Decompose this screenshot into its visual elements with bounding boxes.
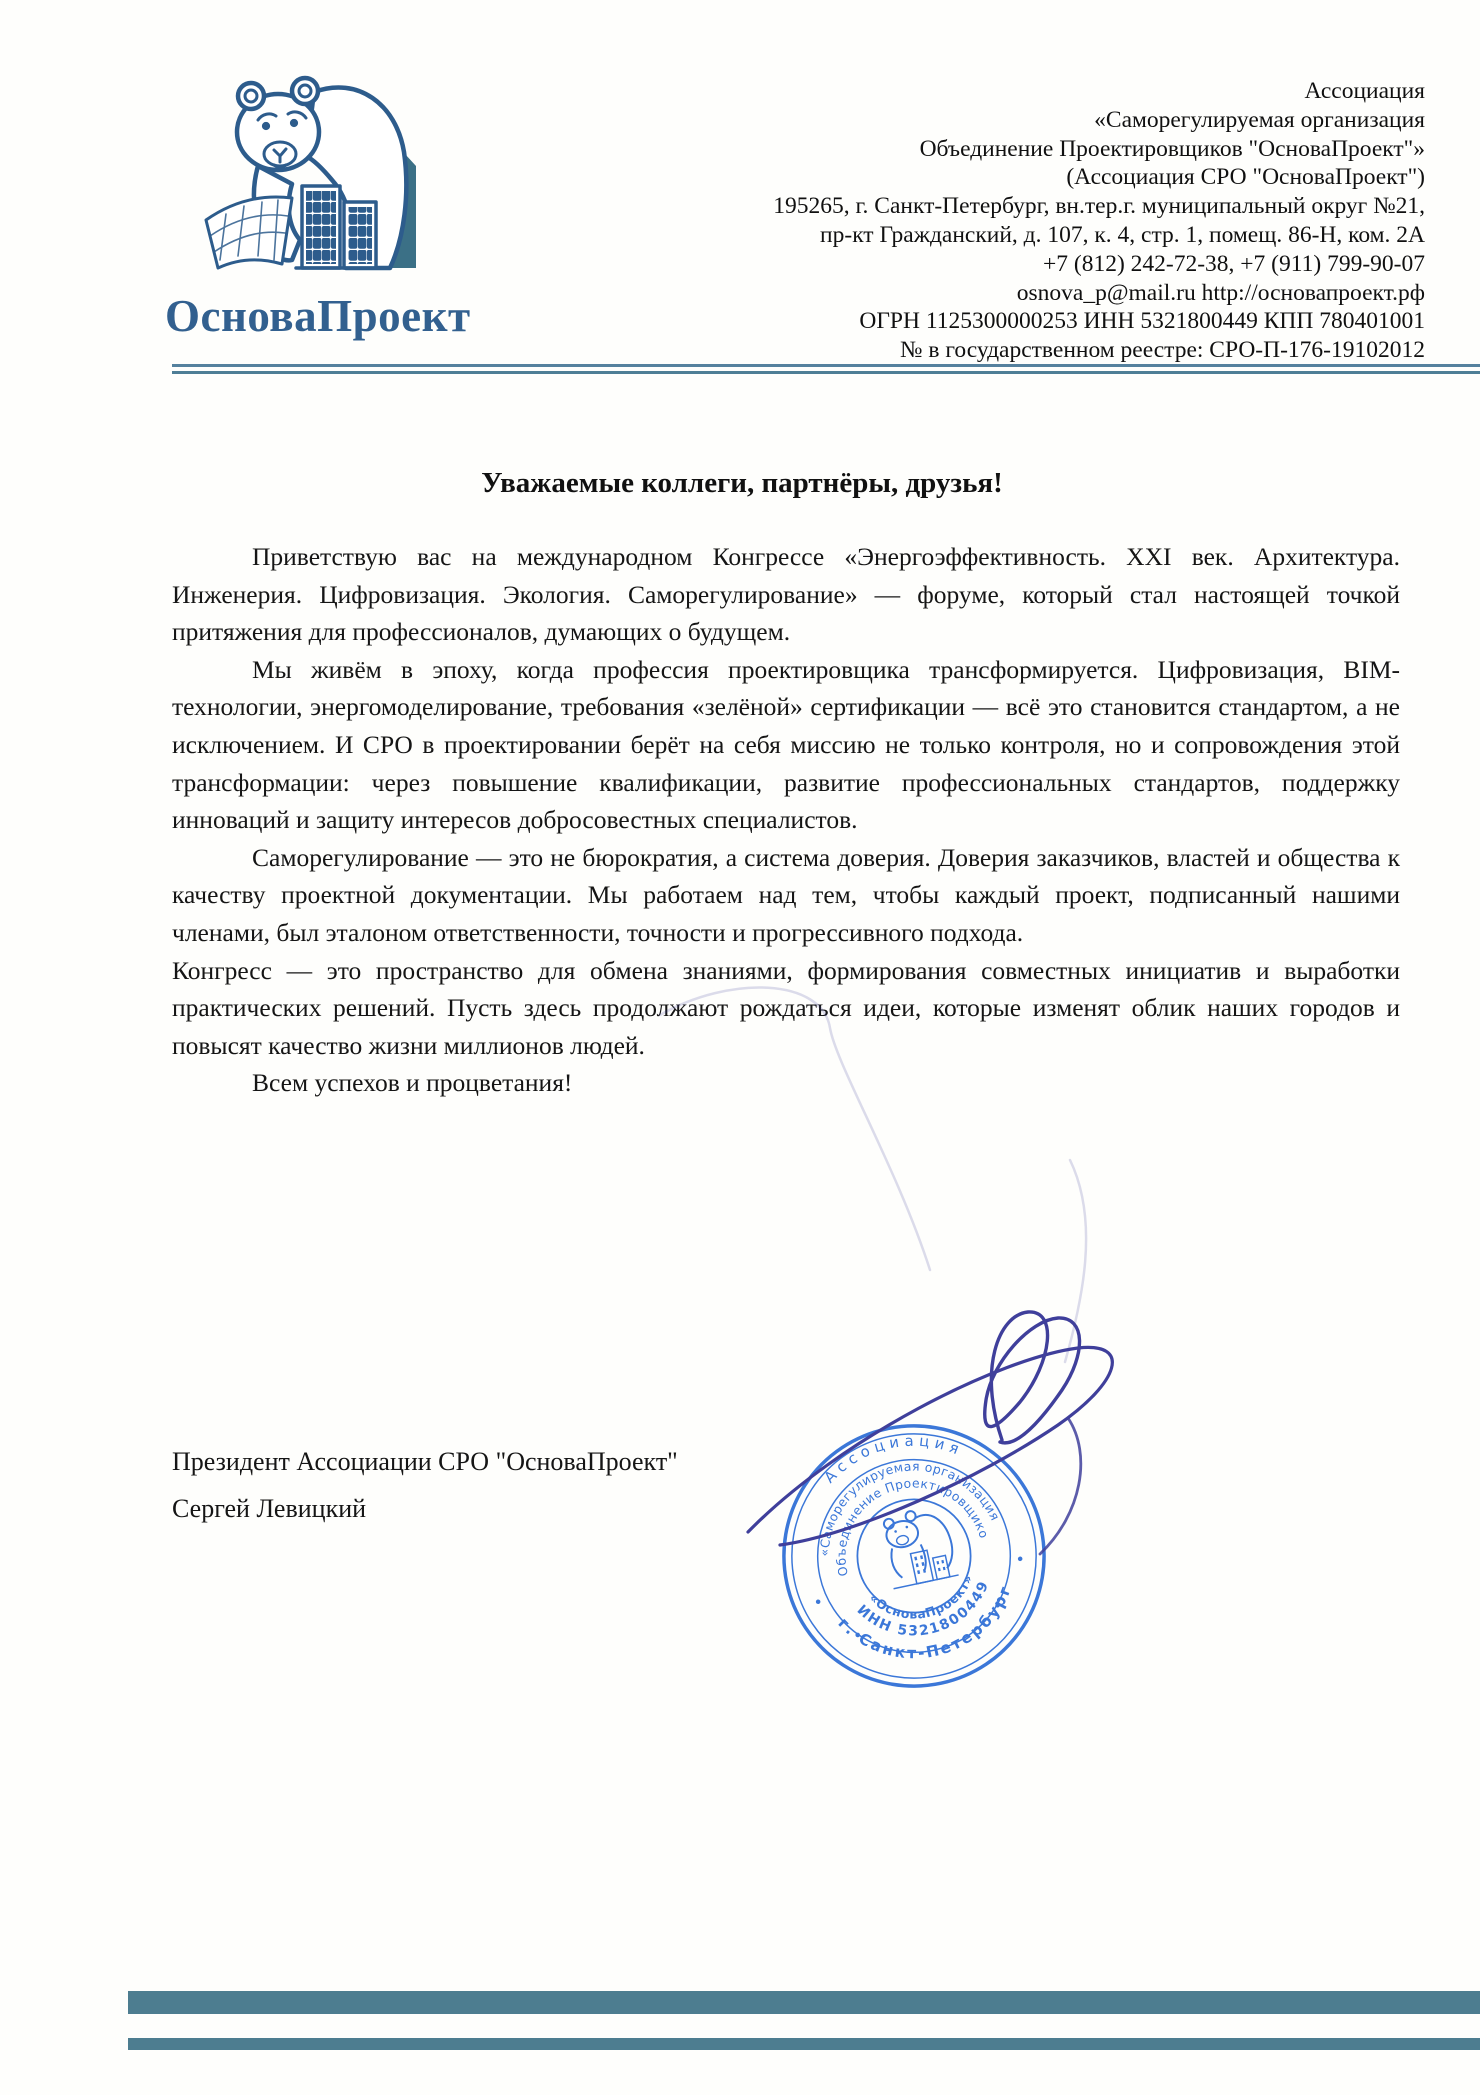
round-stamp: Ассоциация г. Санкт-Петербург «Саморегул… (775, 1417, 1053, 1695)
letter-title: Уважаемые коллеги, партнёры, друзья! (172, 467, 1312, 500)
footer-bar-thick (128, 1991, 1480, 2014)
company-logo: ОсноваПроект (165, 70, 455, 342)
logo-bear-icon (196, 70, 424, 288)
logo-wordmark: ОсноваПроект (165, 290, 455, 342)
stamp-seal-icon: Ассоциация г. Санкт-Петербург «Саморегул… (775, 1417, 1053, 1695)
header-divider (172, 364, 1480, 374)
letterhead-line-registry: № в государственном реестре: СРО-П-176-1… (605, 336, 1425, 365)
paragraph: Саморегулирование — это не бюрократия, а… (172, 839, 1400, 952)
letter-body: Приветствую вас на международном Конгрес… (172, 538, 1400, 1102)
signer-name: Сергей Левицкий (172, 1485, 678, 1532)
letterhead-line: Объединение Проектировщиков "ОсноваПроек… (605, 135, 1425, 164)
letterhead-line: «Саморегулируемая организация (605, 106, 1425, 135)
letterhead-line: (Ассоциация СРО "ОсноваПроект") (605, 163, 1425, 192)
letterhead-line-requisites: ОГРН 1125300000253 ИНН 5321800449 КПП 78… (605, 307, 1425, 336)
closing-line: Всем успехов и процветания! (172, 1064, 1400, 1102)
footer-bar-thin (128, 2038, 1480, 2050)
signature-block: Президент Ассоциации СРО "ОсноваПроект" … (172, 1438, 678, 1532)
stamp-bear-icon (878, 1504, 958, 1589)
letterhead-line-address: пр-кт Гражданский, д. 107, к. 4, стр. 1,… (605, 221, 1425, 250)
letterhead-line-address: 195265, г. Санкт-Петербург, вн.тер.г. му… (605, 192, 1425, 221)
paragraph: Приветствую вас на международном Конгрес… (172, 538, 1400, 651)
divider-line (172, 371, 1480, 374)
letter-page: ОсноваПроект Ассоциация «Саморегулируема… (0, 0, 1480, 2095)
letterhead-info: Ассоциация «Саморегулируемая организация… (605, 77, 1425, 365)
letterhead-line: Ассоциация (605, 77, 1425, 106)
letterhead-line-email-site: osnova_p@mail.ru http://основапроект.рф (605, 279, 1425, 308)
paragraph: Мы живём в эпоху, когда профессия проект… (172, 651, 1400, 839)
letterhead-line-phone: +7 (812) 242-72-38, +7 (911) 799-90-07 (605, 250, 1425, 279)
signer-title: Президент Ассоциации СРО "ОсноваПроект" (172, 1438, 678, 1485)
paragraph: Конгресс — это пространство для обмена з… (172, 952, 1400, 1065)
